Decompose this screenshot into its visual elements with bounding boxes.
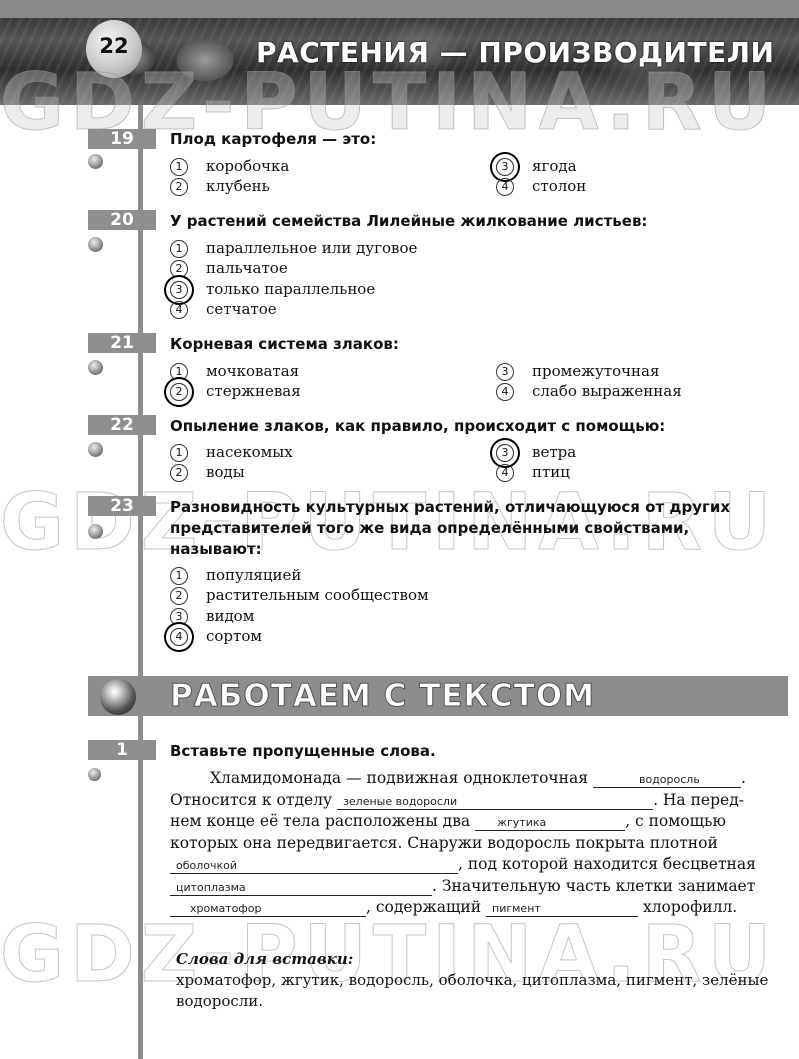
option-text: ягода — [532, 157, 577, 175]
task-number-23: 23 — [88, 496, 156, 516]
selected-answer-circle: 2 — [170, 383, 188, 401]
answer-field[interactable]: зеленые водоросли — [337, 795, 653, 810]
option-text: промежуточная — [532, 362, 659, 380]
option-selected[interactable]: 3ветра — [496, 442, 576, 462]
answer-field[interactable]: водоросль — [593, 773, 741, 788]
task-number-22: 22 — [88, 415, 156, 435]
option-text: коробочка — [206, 157, 289, 175]
option-number: 4 — [496, 383, 514, 401]
option[interactable]: 1насекомых — [170, 442, 293, 462]
task-number-19: 19 — [88, 129, 156, 149]
answer-field[interactable]: цитоплазма — [170, 881, 432, 896]
option[interactable]: 1мочковатая — [170, 361, 299, 381]
bullet-icon — [88, 768, 101, 781]
option-text: видом — [206, 607, 254, 625]
option-number: 3 — [496, 363, 514, 381]
text: . Значительную часть клетки занимает — [432, 877, 755, 895]
section-title: РАБОТАЕМ С ТЕКСТОМ — [170, 678, 595, 714]
text: которых она передвигается. Снаружи водор… — [170, 834, 718, 852]
task-number-21: 21 — [88, 333, 156, 353]
question-title-line: Разновидность культурных растений, отлич… — [170, 497, 730, 518]
question-title: Корневая система злаков: — [170, 334, 399, 355]
text: нем конце её тела расположены два — [170, 812, 470, 830]
option-number: 2 — [170, 260, 188, 278]
option-number: 4 — [170, 301, 188, 319]
option-text: параллельное или дуговое — [206, 239, 417, 257]
task-number-1: 1 — [88, 740, 156, 760]
selected-answer-circle: 4 — [170, 628, 188, 646]
answer-field[interactable]: оболочкой — [170, 859, 458, 874]
bullet-icon — [88, 237, 103, 252]
option[interactable]: 4сетчатое — [170, 299, 277, 319]
option-text: столон — [532, 177, 586, 195]
option-text: пальчатое — [206, 259, 288, 277]
option[interactable]: 1популяцией — [170, 565, 301, 585]
task-number-20: 20 — [88, 210, 156, 230]
option[interactable]: 2клубень — [170, 176, 270, 196]
question-title: Плод картофеля — это: — [170, 129, 376, 150]
bullet-icon — [88, 442, 103, 457]
option-text: сетчатое — [206, 300, 277, 318]
option[interactable]: 4слабо выраженная — [496, 381, 682, 401]
words-title: Слова для вставки: — [176, 950, 353, 968]
selected-answer-circle: 3 — [496, 444, 514, 462]
margin-rule — [138, 105, 143, 1059]
option-number: 2 — [170, 178, 188, 196]
option-selected[interactable]: 3ягода — [496, 156, 577, 176]
option-selected[interactable]: 2стержневая — [170, 381, 301, 401]
option-text: стержневая — [206, 382, 301, 400]
option-text: популяцией — [206, 566, 301, 584]
option-text: клубень — [206, 177, 270, 195]
option-number: 1 — [170, 158, 188, 176]
answer-field[interactable]: жгутика — [475, 816, 625, 831]
chapter-title: РАСТЕНИЯ — ПРОИЗВОДИТЕЛИ — [256, 36, 774, 69]
text: Хламидомонада — подвижная одноклеточная — [210, 769, 588, 787]
option[interactable]: 3видом — [170, 606, 254, 626]
option-selected[interactable]: 3только параллельное — [170, 279, 375, 299]
task-title: Вставьте пропущенные слова. — [170, 741, 436, 762]
option-text: насекомых — [206, 443, 293, 461]
words-list: хроматофор, жгутик, водоросль, оболочка,… — [176, 970, 786, 1012]
option-text: воды — [206, 463, 245, 481]
option-text: мочковатая — [206, 362, 299, 380]
option-number: 2 — [170, 587, 188, 605]
bullet-icon — [88, 154, 103, 169]
question-title: У растений семейства Лилейные жилкование… — [170, 211, 647, 232]
text: Относится к отделу — [170, 791, 332, 809]
bullet-icon — [88, 360, 103, 375]
text: , под которой находится бесцветная — [458, 855, 756, 873]
page-number: 22 — [86, 34, 142, 58]
option[interactable]: 3промежуточная — [496, 361, 659, 381]
option[interactable]: 1параллельное или дуговое — [170, 238, 417, 258]
option-text: растительным сообществом — [206, 586, 429, 604]
answer-field[interactable]: хроматофор — [170, 902, 366, 917]
option-text: только параллельное — [206, 280, 375, 298]
option-number: 1 — [170, 240, 188, 258]
text: , содержащий — [366, 898, 481, 916]
text: хлорофилл. — [643, 898, 737, 916]
option-number: 4 — [496, 464, 514, 482]
question-title-line: представителей того же вида определённым… — [170, 518, 730, 539]
text: . На перед- — [653, 791, 744, 809]
option-text: сортом — [206, 627, 262, 645]
option-number: 1 — [170, 444, 188, 462]
option-text: ветра — [532, 443, 576, 461]
bullet-icon — [88, 524, 103, 539]
fill-in-paragraph: Хламидомонада — подвижная одноклеточная … — [170, 768, 786, 919]
option[interactable]: 2пальчатое — [170, 258, 288, 278]
option[interactable]: 2воды — [170, 462, 245, 482]
option[interactable]: 1коробочка — [170, 156, 289, 176]
text: , с помощью — [625, 812, 726, 830]
question-title-line: называют: — [170, 539, 730, 560]
option-number: 4 — [496, 178, 514, 196]
section-ball-icon — [100, 679, 136, 715]
question-title: Разновидность культурных растений, отлич… — [170, 497, 730, 560]
option-text: слабо выраженная — [532, 382, 682, 400]
option[interactable]: 2растительным сообществом — [170, 585, 429, 605]
selected-answer-circle: 3 — [496, 158, 514, 176]
answer-field[interactable]: пигмент — [486, 902, 638, 917]
option-number: 2 — [170, 464, 188, 482]
option-selected[interactable]: 4сортом — [170, 626, 262, 646]
option[interactable]: 4столон — [496, 176, 586, 196]
question-title: Опыление злаков, как правило, происходит… — [170, 416, 665, 437]
option-number: 1 — [170, 363, 188, 381]
option-text: птиц — [532, 463, 570, 481]
selected-answer-circle: 3 — [170, 281, 188, 299]
option[interactable]: 4птиц — [496, 462, 570, 482]
option-number: 1 — [170, 567, 188, 585]
option-number: 3 — [170, 608, 188, 626]
